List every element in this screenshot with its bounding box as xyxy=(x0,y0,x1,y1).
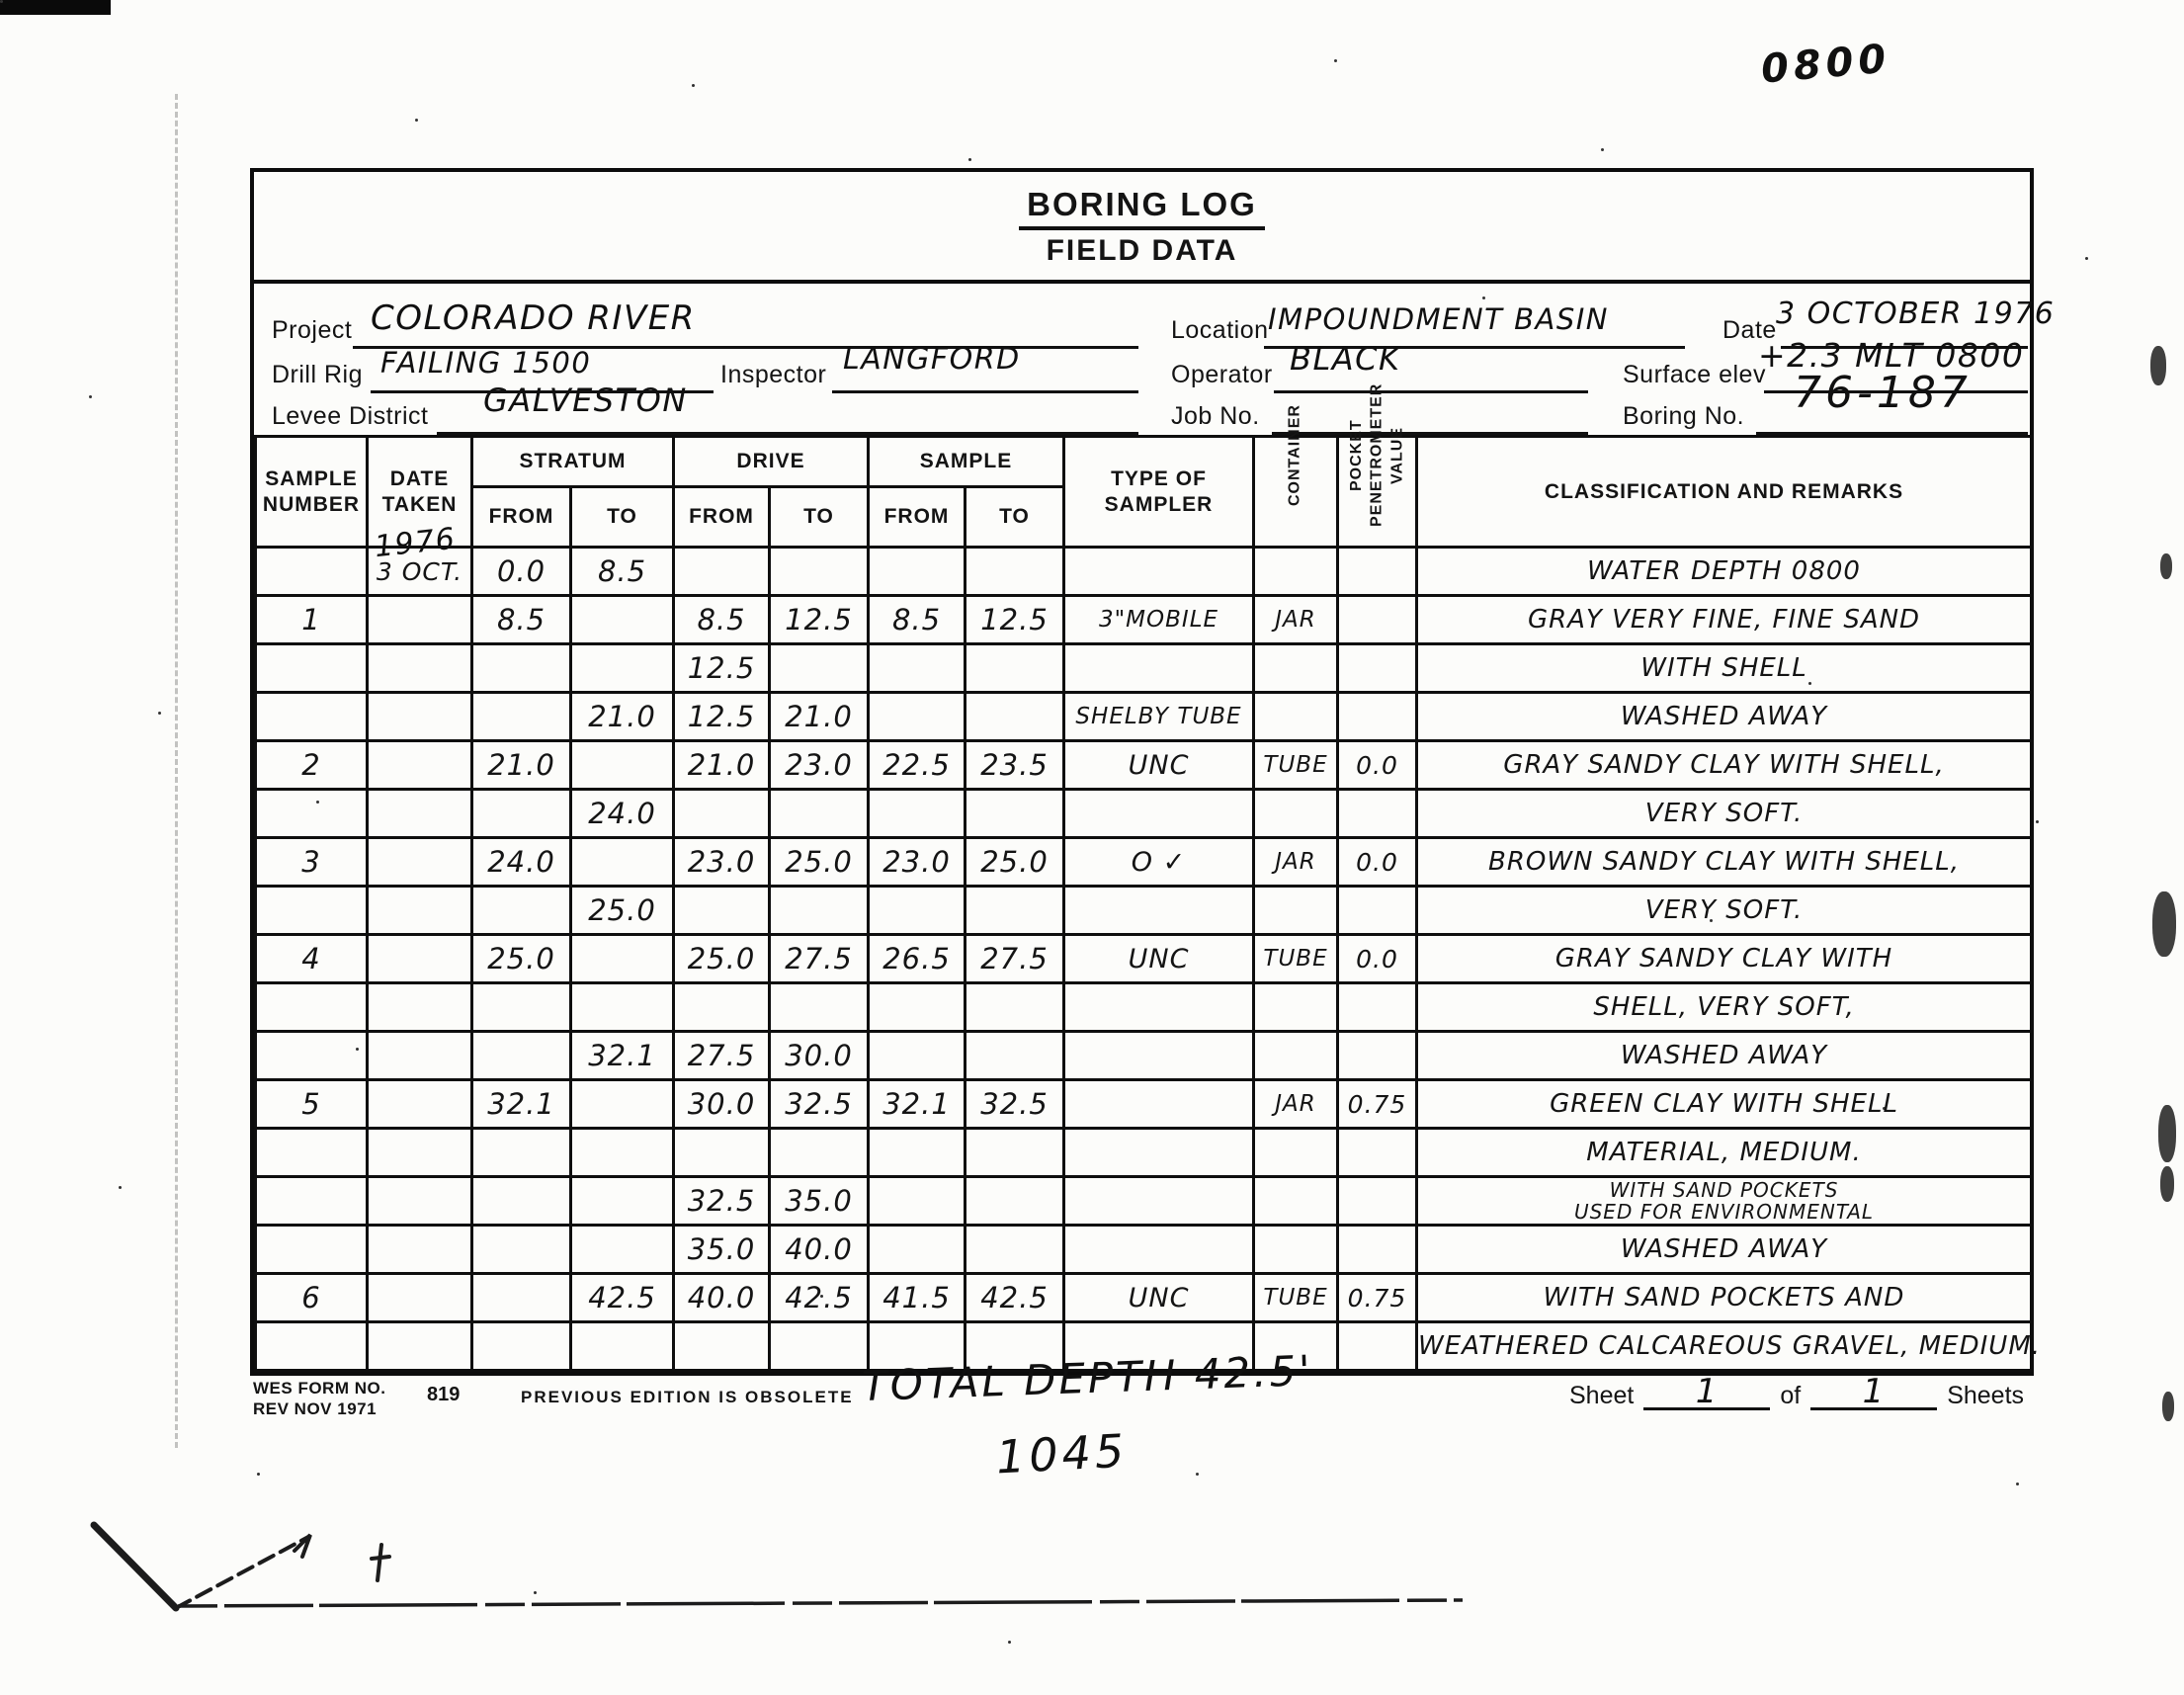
operator-label: Operator xyxy=(1171,361,1273,389)
cell xyxy=(472,1032,571,1080)
cell-remarks: WASHED AWAY xyxy=(1417,1032,2032,1080)
cell xyxy=(1064,983,1254,1032)
table-row: 35.040.0WASHED AWAY xyxy=(256,1226,2032,1274)
date-taken-label: DATE TAKEN xyxy=(382,467,458,515)
cell xyxy=(256,983,368,1032)
cell xyxy=(368,1274,472,1322)
table-row: 532.130.032.532.132.5JAR0.75GREEN CLAY W… xyxy=(256,1080,2032,1129)
cell xyxy=(368,693,472,741)
cell-drive-to: 27.5 xyxy=(770,935,869,983)
cell-sample-number: 5 xyxy=(256,1080,368,1129)
cell xyxy=(1064,1080,1254,1129)
cell-sampler-type: 3"MOBILE xyxy=(1064,596,1254,644)
cell xyxy=(770,983,869,1032)
cell-drive-to: 30.0 xyxy=(770,1032,869,1080)
cell xyxy=(256,644,368,693)
cell xyxy=(472,1177,571,1226)
scanned-boring-log-page: 0800 BORING LOG FIELD DATA Project COLOR… xyxy=(0,0,2184,1695)
cell xyxy=(472,1322,571,1371)
pencil-mark-graphic xyxy=(59,1517,1542,1655)
scan-smudge xyxy=(2160,553,2172,579)
cell-sample-number: 6 xyxy=(256,1274,368,1322)
cell xyxy=(368,1080,472,1129)
cell xyxy=(256,1177,368,1226)
cell xyxy=(869,1032,966,1080)
cell xyxy=(1338,1129,1417,1177)
cell xyxy=(1338,790,1417,838)
boring-no-value: 76-187 xyxy=(1794,368,1972,418)
scan-smudge xyxy=(2162,1392,2174,1421)
cell xyxy=(869,644,966,693)
cell xyxy=(1064,1226,1254,1274)
cell xyxy=(1338,887,1417,935)
cell xyxy=(674,983,770,1032)
cell-drive-to: 35.0 xyxy=(770,1177,869,1226)
cell-sample-from: 32.1 xyxy=(869,1080,966,1129)
cell xyxy=(1064,1129,1254,1177)
cell-sampler-type: O ✓ xyxy=(1064,838,1254,887)
cell-drive-to: 23.0 xyxy=(770,741,869,790)
cell xyxy=(770,887,869,935)
cell-stratum-to: 32.1 xyxy=(571,1032,674,1080)
inspector-field-line xyxy=(832,390,1138,393)
cell-stratum-from: 25.0 xyxy=(472,935,571,983)
cell xyxy=(1254,790,1338,838)
cell xyxy=(1338,983,1417,1032)
location-label: Location xyxy=(1171,316,1269,345)
cell xyxy=(368,983,472,1032)
cell-container: TUBE xyxy=(1254,741,1338,790)
table-row: 642.540.042.541.542.5UNCTUBE0.75WITH SAN… xyxy=(256,1274,2032,1322)
boring-log-form: BORING LOG FIELD DATA Project COLORADO R… xyxy=(250,168,2034,1376)
cell-sample-to: 25.0 xyxy=(966,838,1064,887)
cell-sample-from: 22.5 xyxy=(869,741,966,790)
cell xyxy=(1254,983,1338,1032)
cell xyxy=(674,1129,770,1177)
cell xyxy=(770,548,869,596)
cell xyxy=(571,741,674,790)
cell-remarks: BROWN SANDY CLAY WITH SHELL, xyxy=(1417,838,2032,887)
cell xyxy=(472,693,571,741)
cell xyxy=(571,644,674,693)
cell-stratum-from: 21.0 xyxy=(472,741,571,790)
cell-remarks: VERY SOFT. xyxy=(1417,887,2032,935)
sheets-total-blank: 1 xyxy=(1810,1372,1937,1410)
cell xyxy=(869,1177,966,1226)
cell xyxy=(674,790,770,838)
cell-sample-from: 23.0 xyxy=(869,838,966,887)
cell xyxy=(770,1322,869,1371)
cell xyxy=(674,1322,770,1371)
form-number-block: WES FORM NO. REV NOV 1971 xyxy=(253,1378,385,1420)
cell xyxy=(1338,1322,1417,1371)
cell xyxy=(571,935,674,983)
cell-drive-from: 40.0 xyxy=(674,1274,770,1322)
table-row: 221.021.023.022.523.5UNCTUBE0.0GRAY SAND… xyxy=(256,741,2032,790)
cell xyxy=(571,838,674,887)
cell-drive-from: 23.0 xyxy=(674,838,770,887)
cell-sampler-type: UNC xyxy=(1064,741,1254,790)
cell-drive-from: 30.0 xyxy=(674,1080,770,1129)
levee-district-value: GALVESTON xyxy=(483,381,688,419)
table-row: 324.023.025.023.025.0O ✓JAR0.0BROWN SAND… xyxy=(256,838,2032,887)
handwritten-time-note: 0800 xyxy=(1759,36,1892,92)
col-group-stratum: STRATUM xyxy=(472,437,674,487)
cell-drive-from: 27.5 xyxy=(674,1032,770,1080)
penetrometer-vertical-label: POCKET PENETROMETER VALUE xyxy=(1346,369,1407,542)
cell-drive-to: 21.0 xyxy=(770,693,869,741)
drive-from-header: FROM xyxy=(674,487,770,548)
cell-remarks: WITH SHELL xyxy=(1417,644,2032,693)
cell xyxy=(869,1226,966,1274)
table-row: 21.012.521.0SHELBY TUBEWASHED AWAY xyxy=(256,693,2032,741)
sample-from-header: FROM xyxy=(869,487,966,548)
cell xyxy=(571,1080,674,1129)
cell xyxy=(256,1032,368,1080)
cell-remarks: WITH SAND POCKETS AND xyxy=(1417,1274,2032,1322)
levee-district-label: Levee District xyxy=(272,402,428,431)
cell xyxy=(966,1032,1064,1080)
cell xyxy=(1338,596,1417,644)
cell xyxy=(472,1129,571,1177)
cell-drive-to: 25.0 xyxy=(770,838,869,887)
cell xyxy=(770,1129,869,1177)
cell xyxy=(1064,644,1254,693)
cell xyxy=(1254,887,1338,935)
cell-remarks: WASHED AWAY xyxy=(1417,1226,2032,1274)
cell xyxy=(571,596,674,644)
cell-stratum-from: 24.0 xyxy=(472,838,571,887)
cell-stratum-from: 32.1 xyxy=(472,1080,571,1129)
cell-remarks: GRAY SANDY CLAY WITH SHELL, xyxy=(1417,741,2032,790)
cell xyxy=(256,1129,368,1177)
table-row: 32.535.0WITH SAND POCKETS USED FOR ENVIR… xyxy=(256,1177,2032,1226)
cell xyxy=(571,983,674,1032)
cell-drive-to: 12.5 xyxy=(770,596,869,644)
cell-container: TUBE xyxy=(1254,935,1338,983)
container-vertical-label: CONTAINER xyxy=(1286,369,1306,542)
cell-sample-from: 8.5 xyxy=(869,596,966,644)
cell-sample-number: 2 xyxy=(256,741,368,790)
cell xyxy=(1064,1032,1254,1080)
cell-sampler-type: SHELBY TUBE xyxy=(1064,693,1254,741)
col-group-sample: SAMPLE xyxy=(869,437,1064,487)
cell-drive-from: 25.0 xyxy=(674,935,770,983)
cell-drive-from: 35.0 xyxy=(674,1226,770,1274)
cell xyxy=(966,983,1064,1032)
cell xyxy=(368,935,472,983)
cell-sample-to: 23.5 xyxy=(966,741,1064,790)
col-header-classification: CLASSIFICATION AND REMARKS xyxy=(1417,437,2032,548)
cell xyxy=(472,1226,571,1274)
cell-stratum-from: 8.5 xyxy=(472,596,571,644)
cell-stratum-to: 8.5 xyxy=(571,548,674,596)
cell xyxy=(674,548,770,596)
cell xyxy=(1064,790,1254,838)
cell xyxy=(1254,1226,1338,1274)
scan-artifact-margin xyxy=(175,94,178,1448)
cell-remarks: WATER DEPTH 0800 xyxy=(1417,548,2032,596)
cell-stratum-to: 24.0 xyxy=(571,790,674,838)
cell-remarks: GREEN CLAY WITH SHELL xyxy=(1417,1080,2032,1129)
cell xyxy=(869,548,966,596)
cell-drive-to: 42.5 xyxy=(770,1274,869,1322)
cell-drive-to: 40.0 xyxy=(770,1226,869,1274)
cell xyxy=(1064,887,1254,935)
cell xyxy=(1254,1177,1338,1226)
cell xyxy=(1064,548,1254,596)
table-header: SAMPLE NUMBER DATE TAKEN1976 STRATUM DRI… xyxy=(256,437,2032,548)
cell-sample-number: 4 xyxy=(256,935,368,983)
cell-sample-number: 1 xyxy=(256,596,368,644)
cell xyxy=(1064,1177,1254,1226)
cell xyxy=(472,644,571,693)
table-row: 32.127.530.0WASHED AWAY xyxy=(256,1032,2032,1080)
cell-remarks: WEATHERED CALCAREOUS GRAVEL, MEDIUM. xyxy=(1417,1322,2032,1371)
form-title: BORING LOG xyxy=(1019,186,1265,230)
cell xyxy=(966,790,1064,838)
cell xyxy=(368,741,472,790)
col-header-sample-number: SAMPLE NUMBER xyxy=(256,437,368,548)
form-subtitle: FIELD DATA xyxy=(254,234,2030,268)
cell xyxy=(256,548,368,596)
cell xyxy=(966,1129,1064,1177)
cell xyxy=(368,790,472,838)
boring-log-table: SAMPLE NUMBER DATE TAKEN1976 STRATUM DRI… xyxy=(254,435,2033,1372)
table-row: 18.58.512.58.512.53"MOBILEJARGRAY VERY F… xyxy=(256,596,2032,644)
cell xyxy=(571,1129,674,1177)
cell-remarks: GRAY SANDY CLAY WITH xyxy=(1417,935,2032,983)
cell xyxy=(674,887,770,935)
table-row: 12.5WITH SHELL xyxy=(256,644,2032,693)
cell-remarks: WASHED AWAY xyxy=(1417,693,2032,741)
cell xyxy=(869,1129,966,1177)
cell-remarks: VERY SOFT. xyxy=(1417,790,2032,838)
cell xyxy=(869,983,966,1032)
cell xyxy=(368,1032,472,1080)
cell xyxy=(472,887,571,935)
col-group-drive: DRIVE xyxy=(674,437,869,487)
cell-penetrometer: 0.0 xyxy=(1338,935,1417,983)
cell-stratum-from: 0.0 xyxy=(472,548,571,596)
cell xyxy=(368,596,472,644)
scan-noise xyxy=(0,0,3,3)
cell-stratum-to: 25.0 xyxy=(571,887,674,935)
cell-sampler-type: UNC xyxy=(1064,1274,1254,1322)
cell xyxy=(472,790,571,838)
cell-remarks: WITH SAND POCKETS USED FOR ENVIRONMENTAL xyxy=(1417,1177,2032,1226)
cell-container: JAR xyxy=(1254,1080,1338,1129)
cell xyxy=(1338,548,1417,596)
col-header-date-taken: DATE TAKEN1976 xyxy=(368,437,472,548)
cell-penetrometer: 0.75 xyxy=(1338,1080,1417,1129)
scan-smudge xyxy=(2152,891,2176,957)
form-number: 819 xyxy=(427,1384,460,1406)
cell-sample-from: 41.5 xyxy=(869,1274,966,1322)
cell-drive-to: 32.5 xyxy=(770,1080,869,1129)
sheet-label: Sheet xyxy=(1569,1382,1634,1410)
cell-sample-from: 26.5 xyxy=(869,935,966,983)
cell xyxy=(1338,644,1417,693)
table-row: 25.0VERY SOFT. xyxy=(256,887,2032,935)
table-row: MATERIAL, MEDIUM. xyxy=(256,1129,2032,1177)
col-header-pocket-penetrometer: POCKET PENETROMETER VALUE xyxy=(1338,437,1417,548)
cell xyxy=(368,1322,472,1371)
cell xyxy=(472,1274,571,1322)
cell xyxy=(368,838,472,887)
cell-sample-to: 42.5 xyxy=(966,1274,1064,1322)
cell-penetrometer: 0.0 xyxy=(1338,741,1417,790)
sample-to-header: TO xyxy=(966,487,1064,548)
cell xyxy=(256,693,368,741)
sheet-count-line: Sheet1of1Sheets xyxy=(1569,1372,2024,1410)
table-row: 425.025.027.526.527.5UNCTUBE0.0GRAY SAND… xyxy=(256,935,2032,983)
project-label: Project xyxy=(272,316,352,345)
job-no-label: Job No. xyxy=(1171,402,1260,431)
table-row: 3 OCT.0.08.5WATER DEPTH 0800 xyxy=(256,548,2032,596)
of-label: of xyxy=(1780,1382,1801,1410)
cell xyxy=(368,1129,472,1177)
sheet-number-blank: 1 xyxy=(1643,1372,1770,1410)
table-body: 3 OCT.0.08.5WATER DEPTH 0800 18.58.512.5… xyxy=(256,548,2032,1371)
cell-container: TUBE xyxy=(1254,1274,1338,1322)
cell xyxy=(869,790,966,838)
cell-drive-from: 21.0 xyxy=(674,741,770,790)
cell xyxy=(368,644,472,693)
cell-drive-from: 12.5 xyxy=(674,693,770,741)
stratum-to-header: TO xyxy=(571,487,674,548)
cell xyxy=(368,1226,472,1274)
cell-stratum-to: 21.0 xyxy=(571,693,674,741)
cell xyxy=(770,790,869,838)
cell xyxy=(368,1177,472,1226)
cell xyxy=(770,644,869,693)
stratum-from-header: FROM xyxy=(472,487,571,548)
cell xyxy=(571,1177,674,1226)
sheets-total-value: 1 xyxy=(1863,1372,1886,1411)
cell xyxy=(1254,1032,1338,1080)
drill-rig-label: Drill Rig xyxy=(272,361,363,389)
cell xyxy=(571,1322,674,1371)
obsolete-note: PREVIOUS EDITION IS OBSOLETE xyxy=(521,1388,854,1407)
cell xyxy=(571,1226,674,1274)
scan-artifact-bar xyxy=(0,0,111,15)
cell-container: JAR xyxy=(1254,596,1338,644)
cell xyxy=(966,887,1064,935)
handwritten-time: 1045 xyxy=(995,1424,1130,1484)
cell xyxy=(256,790,368,838)
cell xyxy=(966,693,1064,741)
location-value: IMPOUNDMENT BASIN xyxy=(1268,302,1609,336)
cell xyxy=(1338,1226,1417,1274)
cell xyxy=(256,1322,368,1371)
form-title-block: BORING LOG FIELD DATA xyxy=(254,172,2030,284)
cell-penetrometer: 0.0 xyxy=(1338,838,1417,887)
cell xyxy=(869,887,966,935)
header-row-groups: SAMPLE NUMBER DATE TAKEN1976 STRATUM DRI… xyxy=(256,437,2032,487)
sheet-number-value: 1 xyxy=(1696,1372,1719,1411)
cell xyxy=(966,548,1064,596)
cell xyxy=(256,1226,368,1274)
cell xyxy=(368,887,472,935)
cell xyxy=(1338,1177,1417,1226)
cell-container: JAR xyxy=(1254,838,1338,887)
boring-no-label: Boring No. xyxy=(1623,402,1744,431)
surface-elev-label: Surface elev xyxy=(1623,361,1766,389)
drill-rig-value: FAILING 1500 xyxy=(380,346,591,380)
cell-drive-from: 12.5 xyxy=(674,644,770,693)
scan-smudge xyxy=(2158,1105,2176,1162)
cell-remarks: MATERIAL, MEDIUM. xyxy=(1417,1129,2032,1177)
cell xyxy=(966,644,1064,693)
col-header-type-of-sampler: TYPE OF SAMPLER xyxy=(1064,437,1254,548)
cell xyxy=(1254,693,1338,741)
cell xyxy=(966,1177,1064,1226)
cell-sample-to: 32.5 xyxy=(966,1080,1064,1129)
cell-drive-from: 8.5 xyxy=(674,596,770,644)
operator-field-line xyxy=(1274,390,1588,393)
inspector-label: Inspector xyxy=(720,361,826,389)
cell-sampler-type: UNC xyxy=(1064,935,1254,983)
cell-remarks: SHELL, VERY SOFT, xyxy=(1417,983,2032,1032)
cell xyxy=(1254,1129,1338,1177)
project-value: COLORADO RIVER xyxy=(371,298,696,338)
col-header-container: CONTAINER xyxy=(1254,437,1338,548)
cell-sample-to: 12.5 xyxy=(966,596,1064,644)
cell-drive-from: 32.5 xyxy=(674,1177,770,1226)
cell xyxy=(1254,548,1338,596)
cell xyxy=(1338,1032,1417,1080)
inspector-value: LANGFORD xyxy=(843,342,1021,377)
cell xyxy=(256,887,368,935)
sheets-label: Sheets xyxy=(1947,1382,2024,1410)
date-value: 3 OCTOBER 1976 xyxy=(1776,297,2055,331)
table-row: SHELL, VERY SOFT, xyxy=(256,983,2032,1032)
scan-smudge xyxy=(2160,1166,2174,1202)
cell xyxy=(869,693,966,741)
cell-penetrometer: 0.75 xyxy=(1338,1274,1417,1322)
cell-remarks: GRAY VERY FINE, FINE SAND xyxy=(1417,596,2032,644)
cell xyxy=(1254,644,1338,693)
cell-sample-number: 3 xyxy=(256,838,368,887)
cell xyxy=(472,983,571,1032)
cell-sample-to: 27.5 xyxy=(966,935,1064,983)
scan-smudge xyxy=(2150,346,2166,385)
cell xyxy=(1338,693,1417,741)
cell-stratum-to: 42.5 xyxy=(571,1274,674,1322)
table-row: 24.0VERY SOFT. xyxy=(256,790,2032,838)
cell xyxy=(966,1226,1064,1274)
drive-to-header: TO xyxy=(770,487,869,548)
